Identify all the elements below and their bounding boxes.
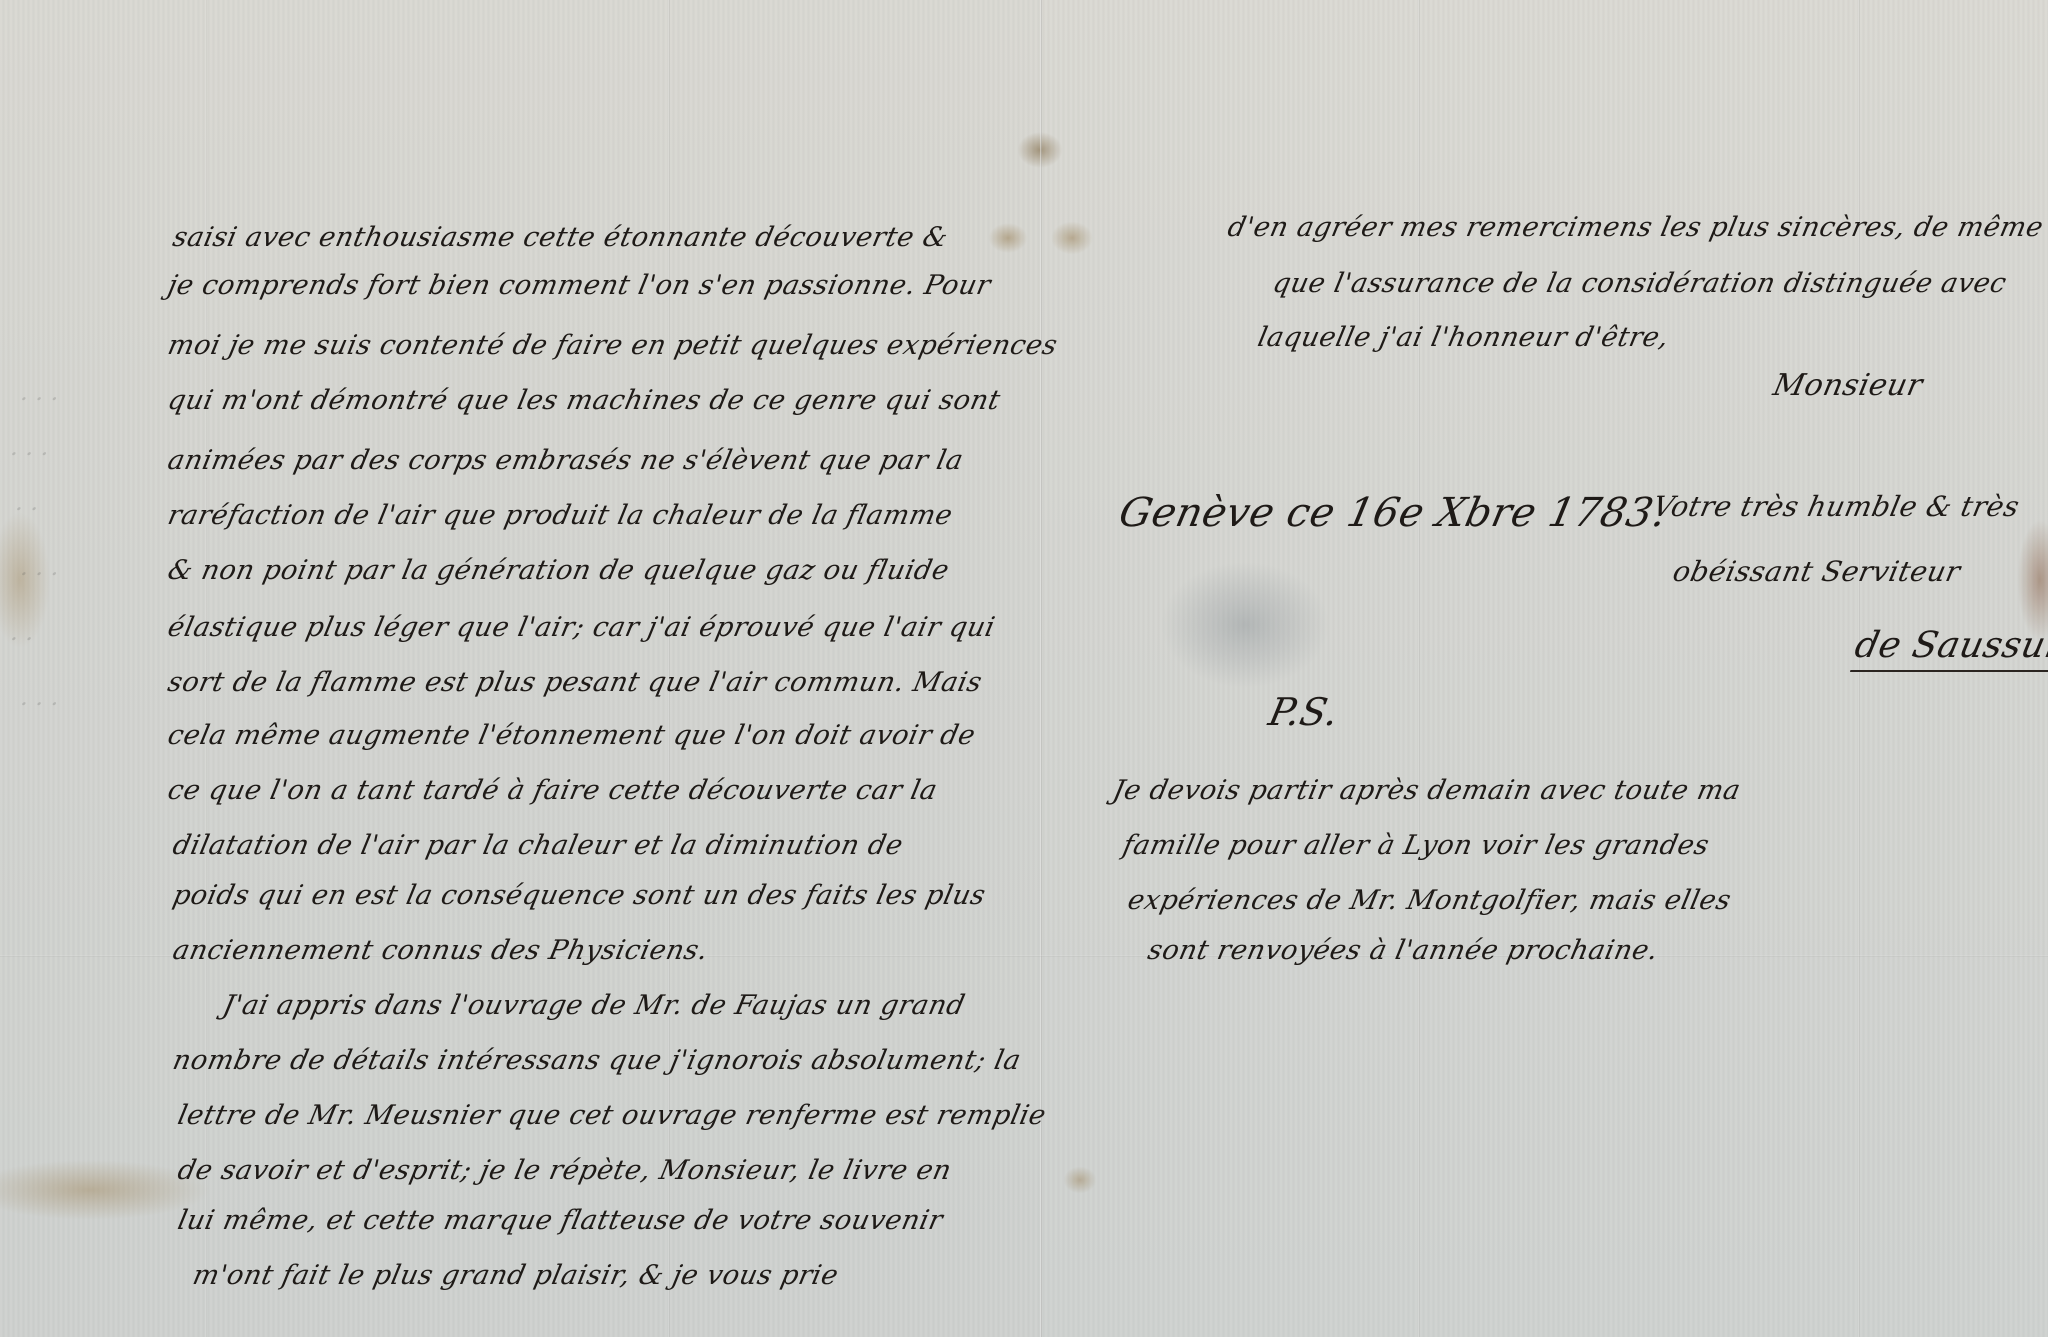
place-date: Genève ce 16e Xbre 1783.	[1115, 490, 1671, 536]
postscript-line: sont renvoyées à l'année prochaine.	[1145, 935, 1661, 966]
letter-line: élastique plus léger que l'air; car j'ai…	[165, 612, 998, 643]
letter-line: cela même augmente l'étonnement que l'on…	[165, 720, 978, 751]
postscript-mark: P.S.	[1265, 690, 1343, 734]
valediction-line: Votre très humble & très	[1650, 490, 2022, 523]
letter-line: je comprends fort bien comment l'on s'en…	[165, 270, 994, 301]
salutation: Monsieur	[1770, 368, 1926, 403]
letter-line: nombre de détails intéressans que j'igno…	[170, 1045, 1024, 1076]
closing-line: laquelle j'ai l'honneur d'être,	[1255, 322, 1672, 353]
letter-line: m'ont fait le plus grand plaisir, & je v…	[190, 1260, 841, 1291]
letter-line: & non point par la génération de quelque…	[165, 555, 952, 586]
letter-line: lettre de Mr. Meusnier que cet ouvrage r…	[175, 1100, 1049, 1131]
postscript-line: Je devois partir après demain avec toute…	[1110, 775, 1743, 806]
postscript-line: famille pour aller à Lyon voir les grand…	[1120, 830, 1712, 861]
letter-line: anciennement connus des Physiciens.	[170, 935, 711, 966]
postscript-line: expériences de Mr. Montgolfier, mais ell…	[1125, 885, 1734, 916]
left-page: saisi avec enthousiasme cette étonnante …	[0, 0, 1040, 1337]
letter-line: sort de la flamme est plus pesant que l'…	[165, 667, 985, 698]
letter-line: ce que l'on a tant tardé à faire cette d…	[165, 775, 940, 806]
closing-line: que l'assurance de la considération dist…	[1270, 268, 2009, 299]
letter-line: moi je me suis contenté de faire en peti…	[165, 330, 1060, 361]
valediction-line: obéissant Serviteur	[1670, 555, 1964, 588]
letter-line: lui même, et cette marque flatteuse de v…	[175, 1205, 946, 1236]
letter-line: animées par des corps embrasés ne s'élèv…	[165, 445, 966, 476]
letter-line: dilatation de l'air par la chaleur et la…	[170, 830, 906, 861]
letter-line: saisi avec enthousiasme cette étonnante …	[170, 222, 951, 253]
right-page: d'en agréer mes remercimens les plus sin…	[1040, 0, 2048, 1337]
letter-line: qui m'ont démontré que les machines de c…	[165, 385, 1003, 416]
letter-line: de savoir et d'esprit; je le répète, Mon…	[175, 1155, 954, 1186]
letter-sheet: · · · · · · · · · · · · · · · · saisi av…	[0, 0, 2048, 1337]
signature: de Saussure	[1850, 625, 2048, 672]
letter-line: raréfaction de l'air que produit la chal…	[165, 500, 955, 531]
closing-line: d'en agréer mes remercimens les plus sin…	[1225, 212, 2046, 243]
letter-line: poids qui en est la conséquence sont un …	[170, 880, 988, 911]
letter-line: J'ai appris dans l'ouvrage de Mr. de Fau…	[220, 990, 968, 1021]
